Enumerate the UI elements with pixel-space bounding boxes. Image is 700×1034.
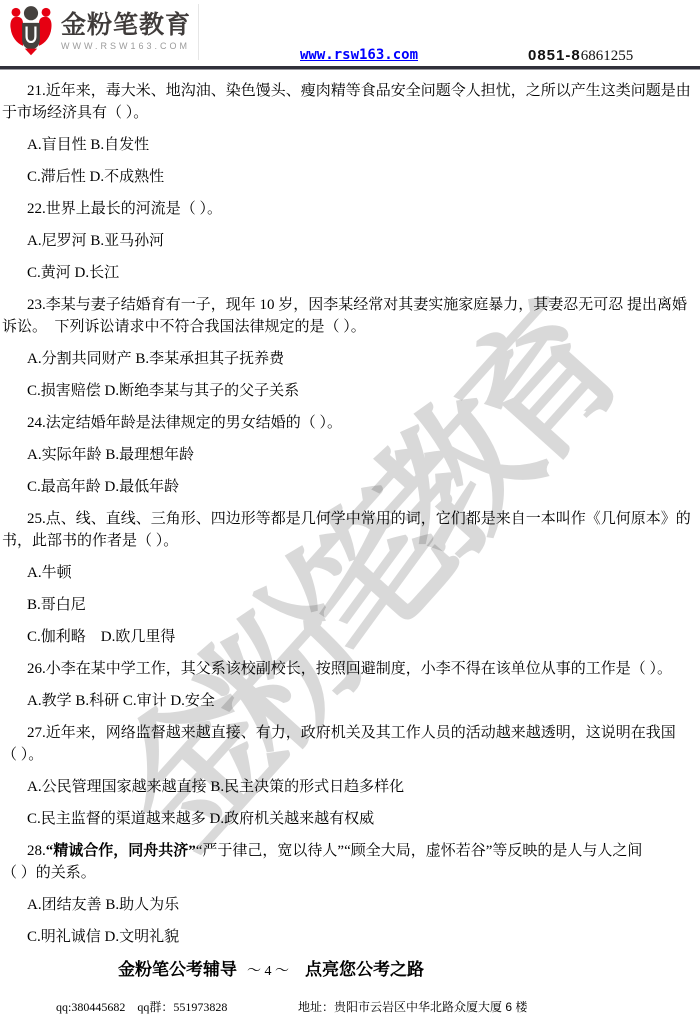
question-stem: 23.李某与妻子结婚育有一子，现年 10 岁，因李某经常对其妻实施家庭暴力，其妻…: [2, 294, 698, 338]
page-header: 金粉笔教育 WWW.RSW163.COM www.rsw163.com 0851…: [0, 0, 700, 70]
question-stem: 25.点、线、直线、三角形、四边形等都是几何学中常用的词，它们都是来自一本叫作《…: [2, 508, 698, 552]
stem-line: （ ）的关系。: [2, 862, 698, 884]
option-line: A.实际年龄 B.最理想年龄: [2, 444, 698, 466]
option-line: A.盲目性 B.自发性: [2, 134, 698, 156]
stem-line: 于市场经济具有（ ）。: [2, 102, 698, 124]
question-stem: 27.近年来，网络监督越来越直接、有力，政府机关及其工作人员的活动越来越透明，这…: [2, 722, 698, 766]
question-stem: 22.世界上最长的河流是（ ）。: [2, 198, 698, 220]
option-line: C.民主监督的渠道越来越多 D.政府机关越来越有权威: [2, 808, 698, 830]
contact-bar: qq:380445682 qq群：551973828 地址：贵阳市云岩区中华北路…: [0, 998, 700, 1016]
stem-line: 27.近年来，网络监督越来越直接、有力，政府机关及其工作人员的活动越来越透明，这…: [2, 722, 698, 744]
address-contact: 地址：贵阳市云岩区中华北路众厦大厦 6 楼: [298, 998, 527, 1015]
qq-contact: qq:380445682 qq群：551973828: [56, 998, 227, 1015]
option-line: A.牛顿: [2, 562, 698, 584]
option-line: C.滞后性 D.不成熟性: [2, 166, 698, 188]
question-stem: 26.小李在某中学工作，其父系该校副校长，按照回避制度，小李不得在该单位从事的工…: [2, 658, 698, 680]
logo-subtitle: WWW.RSW163.COM: [61, 42, 191, 51]
stem-line: （ ）。: [2, 744, 698, 766]
stem-line: 25.点、线、直线、三角形、四边形等都是几何学中常用的词，它们都是来自一本叫作《…: [2, 508, 698, 530]
option-line: A.分割共同财产 B.李某承担其子抚养费: [2, 348, 698, 370]
stem-bold-segment: “精诚合作，同舟共济”: [46, 843, 196, 859]
stem-line: 书，此部书的作者是（ ）。: [2, 530, 698, 552]
header-divider: [0, 66, 700, 70]
question-list: 21.近年来，毒大米、地沟油、染色馒头、瘦肉精等食品安全问题令人担忧，之所以产生…: [2, 80, 698, 958]
option-line: A.教学 B.科研 C.审计 D.安全: [2, 690, 698, 712]
question-stem: 24.法定结婚年龄是法律规定的男女结婚的（ ）。: [2, 412, 698, 434]
logo-text: 金粉笔教育 WWW.RSW163.COM: [61, 13, 191, 51]
footer-page-number: ～ 4 ～: [247, 960, 289, 980]
option-line: C.最高年龄 D.最低年龄: [2, 476, 698, 498]
footer-brand: 金粉笔公考辅导: [118, 955, 237, 980]
phone-rest-part: 6861255: [581, 48, 634, 64]
logo-mark-icon: [8, 4, 54, 61]
option-line: C.伽利略 D.欧几里得: [2, 626, 698, 648]
phone-bold-part: 0851-8: [528, 47, 581, 64]
stem-line: 23.李某与妻子结婚育有一子，现年 10 岁，因李某经常对其妻实施家庭暴力，其妻…: [2, 294, 698, 316]
stem-line: 21.近年来，毒大米、地沟油、染色馒头、瘦肉精等食品安全问题令人担忧，之所以产生…: [2, 80, 698, 102]
stem-line: 24.法定结婚年龄是法律规定的男女结婚的（ ）。: [2, 412, 698, 434]
logo-title: 金粉笔教育: [61, 13, 191, 38]
question-stem: 21.近年来，毒大米、地沟油、染色馒头、瘦肉精等食品安全问题令人担忧，之所以产生…: [2, 80, 698, 124]
logo: 金粉笔教育 WWW.RSW163.COM: [8, 4, 199, 60]
stem-segment: “严于律己，宽以待人”“顾全大局，虚怀若谷”等反映的是人与人之间: [196, 843, 643, 859]
page-footer: 金粉笔公考辅导 ～ 4 ～ 点亮您公考之路: [0, 955, 700, 980]
option-line: C.黄河 D.长江: [2, 262, 698, 284]
option-line: C.明礼诚信 D.文明礼貌: [2, 926, 698, 948]
stem-line: 22.世界上最长的河流是（ ）。: [2, 198, 698, 220]
option-line: A.团结友善 B.助人为乐: [2, 894, 698, 916]
question-stem: 28.“精诚合作，同舟共济”“严于律己，宽以待人”“顾全大局，虚怀若谷”等反映的…: [2, 840, 698, 884]
option-line: A.尼罗河 B.亚马孙河: [2, 230, 698, 252]
option-line: C.损害赔偿 D.断绝李某与其子的父子关系: [2, 380, 698, 402]
phone-number: 0851-86861255: [528, 47, 633, 65]
stem-line: 26.小李在某中学工作，其父系该校副校长，按照回避制度，小李不得在该单位从事的工…: [2, 658, 698, 680]
footer-slogan: 点亮您公考之路: [305, 955, 424, 980]
stem-line: 28.“精诚合作，同舟共济”“严于律己，宽以待人”“顾全大局，虚怀若谷”等反映的…: [2, 840, 698, 862]
option-line: B.哥白尼: [2, 594, 698, 616]
website-link[interactable]: www.rsw163.com: [300, 47, 418, 63]
stem-segment: 28.: [27, 843, 46, 859]
option-line: A.公民管理国家越来越直接 B.民主决策的形式日趋多样化: [2, 776, 698, 798]
stem-line: 诉讼。 下列诉讼请求中不符合我国法律规定的是（ ）。: [2, 316, 698, 338]
